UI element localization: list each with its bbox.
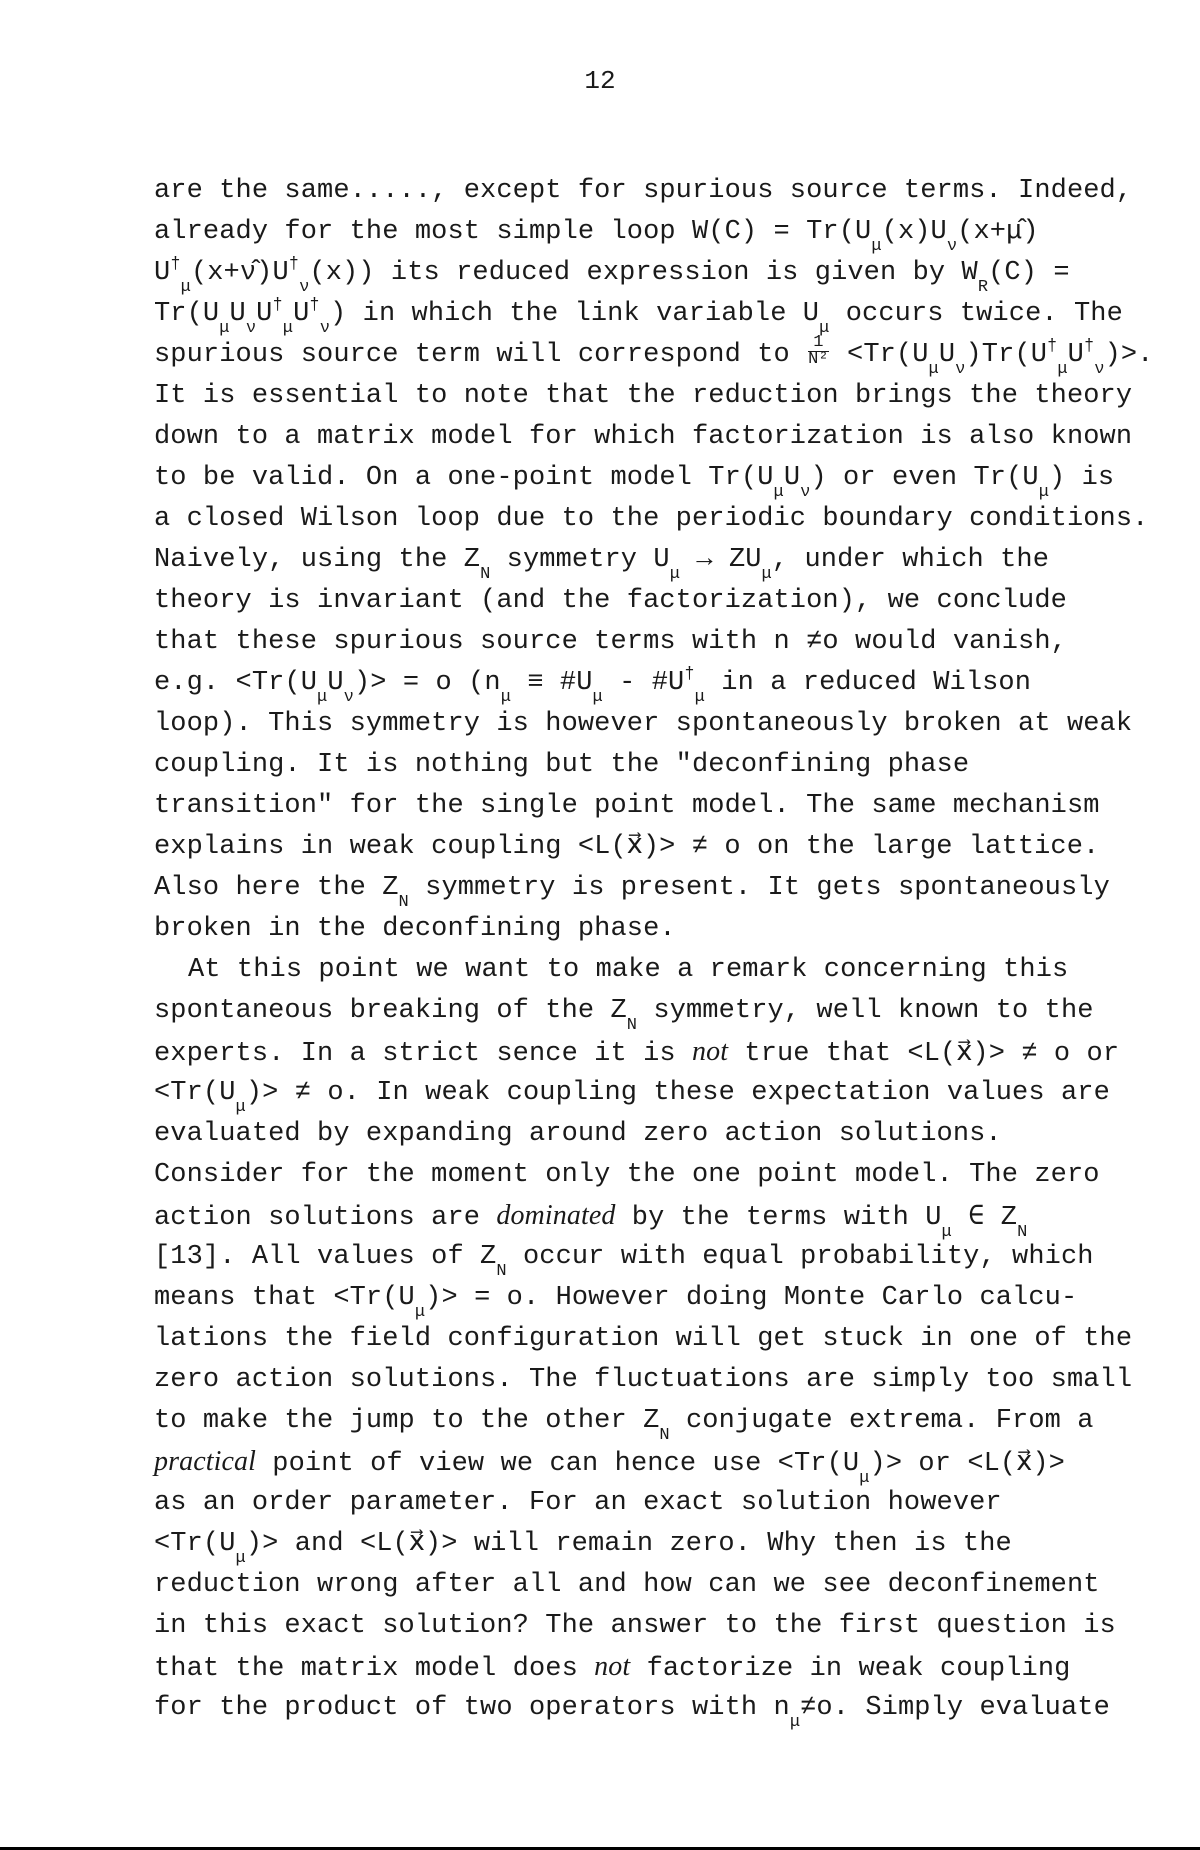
text-line: practical point of view we can hence use…	[154, 1444, 1194, 1485]
superscript: †	[170, 255, 180, 274]
text-run: to make the jump to the other Z	[154, 1406, 659, 1436]
text-line: <Tr(Uμ)> ≠ o. In weak coupling these exp…	[154, 1075, 1194, 1116]
text-run: (x+μ̂)	[957, 217, 1039, 247]
text-line: that the matrix model does not factorize…	[154, 1649, 1194, 1690]
text-run: Naively, using the Z	[154, 545, 480, 575]
subscript: ν	[800, 483, 810, 502]
text-run: ≠o. Simply evaluate	[800, 1693, 1110, 1723]
text-run: <Tr(U	[154, 1529, 236, 1559]
emphasis: practical	[154, 1446, 256, 1477]
text-line: zero action solutions. The fluctuations …	[154, 1362, 1194, 1403]
text-line: Naively, using the ZN symmetry Uμ → ZUμ,…	[154, 542, 1194, 583]
subscript: μ	[871, 237, 881, 256]
subscript: N	[627, 1016, 637, 1035]
subscript: μ	[236, 1549, 246, 1568]
text-line: evaluated by expanding around zero actio…	[154, 1116, 1194, 1157]
text-run: <Tr(U	[154, 1078, 236, 1108]
text-run: in a reduced Wilson	[705, 668, 1031, 698]
subscript: μ	[181, 278, 191, 297]
text-line: lations the field configuration will get…	[154, 1321, 1194, 1362]
subscript: N	[659, 1426, 669, 1445]
text-run: as an order parameter. For an exact solu…	[154, 1488, 1002, 1518]
subscript: μ	[929, 360, 939, 379]
text-run: (x)) its reduced expression is given by …	[309, 258, 977, 288]
text-run: <Tr(U	[831, 340, 929, 370]
subscript: N	[496, 1262, 506, 1281]
text-line: Tr(UμUνU†μU†ν) in which the link variabl…	[154, 296, 1194, 337]
superscript: †	[1084, 337, 1094, 356]
text-run: )Tr(U	[965, 340, 1047, 370]
text-run: symmetry, well known to the	[637, 996, 1093, 1026]
text-run: loop). This symmetry is however spontane…	[154, 709, 1132, 739]
text-line: are the same....., except for spurious s…	[154, 173, 1194, 214]
subscript: ν	[955, 360, 965, 379]
text-line: theory is invariant (and the factorizati…	[154, 583, 1194, 624]
subscript: μ	[317, 688, 327, 707]
text-line: experts. In a strict sence it is not tru…	[154, 1034, 1194, 1075]
text-run: Tr(U	[154, 299, 219, 329]
text-run: already for the most simple loop W(C) = …	[154, 217, 871, 247]
text-run: (C) =	[988, 258, 1070, 288]
subscript: ν	[320, 319, 330, 338]
text-line: e.g. <Tr(UμUν)> = o (nμ ≡ #Uμ - #U†μ in …	[154, 665, 1194, 706]
text-line: down to a matrix model for which factori…	[154, 419, 1194, 460]
text-run: (x)U	[882, 217, 947, 247]
text-line: explains in weak coupling <L(x⃗)> ≠ o on…	[154, 829, 1194, 870]
subscript: μ	[670, 565, 680, 584]
subscript: μ	[501, 688, 511, 707]
subscript: μ	[236, 1098, 246, 1117]
text-run: zero action solutions. The fluctuations …	[154, 1365, 1132, 1395]
text-line: At this point we want to make a remark c…	[154, 952, 1194, 993]
subscript: ν	[246, 319, 256, 338]
subscript: R	[978, 278, 988, 297]
superscript: †	[684, 665, 694, 684]
text-run: that these spurious source terms with n …	[154, 627, 1067, 657]
text-line: coupling. It is nothing but the "deconfi…	[154, 747, 1194, 788]
text-run: explains in weak coupling <L(x⃗)> ≠ o on…	[154, 832, 1099, 862]
subscript: μ	[1039, 483, 1049, 502]
text-run: ) or even Tr(U	[810, 463, 1038, 493]
text-run: U	[293, 299, 309, 329]
text-line: U†μ(x+ν̂)U†ν(x)) its reduced expression …	[154, 255, 1194, 296]
subscript: μ	[695, 688, 705, 707]
text-run: ≡ #U	[511, 668, 593, 698]
text-run: ∈ Z	[952, 1203, 1017, 1233]
text-line: [13]. All values of ZN occur with equal …	[154, 1239, 1194, 1280]
text-line: It is essential to note that the reducti…	[154, 378, 1194, 419]
text-run: are the same....., except for spurious s…	[154, 176, 1132, 206]
text-run: (x+ν̂)U	[191, 258, 289, 288]
subscript: μ	[790, 1713, 800, 1732]
text-line: spurious source term will correspond to …	[154, 337, 1194, 378]
text-run: )> ≠ o. In weak coupling these expectati…	[246, 1078, 1110, 1108]
text-run: reduction wrong after all and how can we…	[154, 1570, 1100, 1600]
text-run: U	[784, 463, 800, 493]
text-run: experts. In a strict sence it is	[154, 1039, 692, 1069]
text-run: point of view we can hence use <Tr(U	[256, 1449, 859, 1479]
superscript: †	[309, 296, 319, 315]
text-line: Consider for the moment only the one poi…	[154, 1157, 1194, 1198]
text-run: lations the field configuration will get…	[154, 1324, 1132, 1354]
text-line: to make the jump to the other ZN conjuga…	[154, 1403, 1194, 1444]
text-line: a closed Wilson loop due to the periodic…	[154, 501, 1194, 542]
text-run: )> and <L(x⃗)> will remain zero. Why the…	[246, 1529, 1012, 1559]
text-run: for the product of two operators with n	[154, 1693, 790, 1723]
text-run: Consider for the moment only the one poi…	[154, 1160, 1100, 1190]
text-run: Also here the Z	[154, 873, 399, 903]
text-run: U	[1068, 340, 1084, 370]
subscript: μ	[762, 565, 772, 584]
text-line: in this exact solution? The answer to th…	[154, 1608, 1194, 1649]
text-run: broken in the deconfining phase.	[154, 914, 676, 944]
emphasis: dominated	[496, 1200, 615, 1231]
text-run: factorize in weak coupling	[630, 1654, 1070, 1684]
text-run: by the terms with U	[615, 1203, 941, 1233]
superscript: †	[289, 255, 299, 274]
text-run: down to a matrix model for which factori…	[154, 422, 1132, 452]
text-run: spontaneous breaking of the Z	[154, 996, 627, 1026]
text-run: symmetry U	[490, 545, 669, 575]
subscript: μ	[219, 319, 229, 338]
text-run: to be valid. On a one-point model Tr(U	[154, 463, 774, 493]
text-line: Also here the ZN symmetry is present. It…	[154, 870, 1194, 911]
subscript: ν	[1094, 360, 1104, 379]
text-run: At this point we want to make a remark c…	[188, 955, 1068, 985]
superscript: †	[272, 296, 282, 315]
fraction: 1N²	[808, 335, 829, 368]
text-run: → ZU	[680, 545, 762, 575]
text-run: means that <Tr(U	[154, 1283, 415, 1313]
text-run: coupling. It is nothing but the "deconfi…	[154, 750, 969, 780]
subscript: ν	[344, 688, 354, 707]
page-number: 12	[0, 66, 1200, 96]
text-run: transition" for the single point model. …	[154, 791, 1100, 821]
subscript: N	[480, 565, 490, 584]
text-run: symmetry is present. It gets spontaneous…	[409, 873, 1110, 903]
text-run: theory is invariant (and the factorizati…	[154, 586, 1067, 616]
text-run: in this exact solution? The answer to th…	[154, 1611, 1116, 1641]
text-run: a closed Wilson loop due to the periodic…	[154, 504, 1148, 534]
text-line: <Tr(Uμ)> and <L(x⃗)> will remain zero. W…	[154, 1526, 1194, 1567]
text-run: that the matrix model does	[154, 1654, 594, 1684]
text-run: e.g. <Tr(U	[154, 668, 317, 698]
text-run: ) is	[1049, 463, 1114, 493]
text-run: spurious source term will correspond to	[154, 340, 806, 370]
text-run: )>.	[1105, 340, 1154, 370]
text-run: occur with equal probability, which	[507, 1242, 1094, 1272]
subscript: μ	[415, 1303, 425, 1322]
text-run: , under which the	[772, 545, 1049, 575]
text-line: for the product of two operators with nμ…	[154, 1690, 1194, 1731]
text-line: loop). This symmetry is however spontane…	[154, 706, 1194, 747]
text-line: to be valid. On a one-point model Tr(UμU…	[154, 460, 1194, 501]
text-line: action solutions are dominated by the te…	[154, 1198, 1194, 1239]
subscript: ν	[299, 278, 309, 297]
body-text: are the same....., except for spurious s…	[154, 173, 1194, 1731]
text-run: action solutions are	[154, 1203, 496, 1233]
text-line: reduction wrong after all and how can we…	[154, 1567, 1194, 1608]
text-run: U	[154, 258, 170, 288]
subscript: μ	[593, 688, 603, 707]
text-run: )> = o. However doing Monte Carlo calcu-	[425, 1283, 1077, 1313]
text-run: It is essential to note that the reducti…	[154, 381, 1132, 411]
text-run: U	[327, 668, 343, 698]
text-line: already for the most simple loop W(C) = …	[154, 214, 1194, 255]
text-line: transition" for the single point model. …	[154, 788, 1194, 829]
text-run: evaluated by expanding around zero actio…	[154, 1119, 1002, 1149]
superscript: †	[1047, 337, 1057, 356]
text-run: )> or <L(x⃗)>	[870, 1449, 1065, 1479]
text-run: ) in which the link variable U	[330, 299, 819, 329]
text-run: U	[939, 340, 955, 370]
text-run: )> = o (n	[354, 668, 501, 698]
text-line: that these spurious source terms with n …	[154, 624, 1194, 665]
text-line: spontaneous breaking of the ZN symmetry,…	[154, 993, 1194, 1034]
text-run: - #U	[603, 668, 685, 698]
text-line: as an order parameter. For an exact solu…	[154, 1485, 1194, 1526]
text-run: true that <L(x⃗)> ≠ o or	[728, 1039, 1119, 1069]
emphasis: not	[692, 1036, 728, 1067]
emphasis: not	[594, 1651, 630, 1682]
subscript: ν	[947, 237, 957, 256]
text-line: broken in the deconfining phase.	[154, 911, 1194, 952]
text-line: means that <Tr(Uμ)> = o. However doing M…	[154, 1280, 1194, 1321]
text-run: U	[256, 299, 272, 329]
text-run: U	[230, 299, 246, 329]
subscript: μ	[774, 483, 784, 502]
text-run: occurs twice. The	[829, 299, 1122, 329]
subscript: N	[399, 893, 409, 912]
text-run: conjugate extrema. From a	[670, 1406, 1094, 1436]
text-run: [13]. All values of Z	[154, 1242, 496, 1272]
subscript: μ	[1057, 360, 1067, 379]
subscript: μ	[283, 319, 293, 338]
